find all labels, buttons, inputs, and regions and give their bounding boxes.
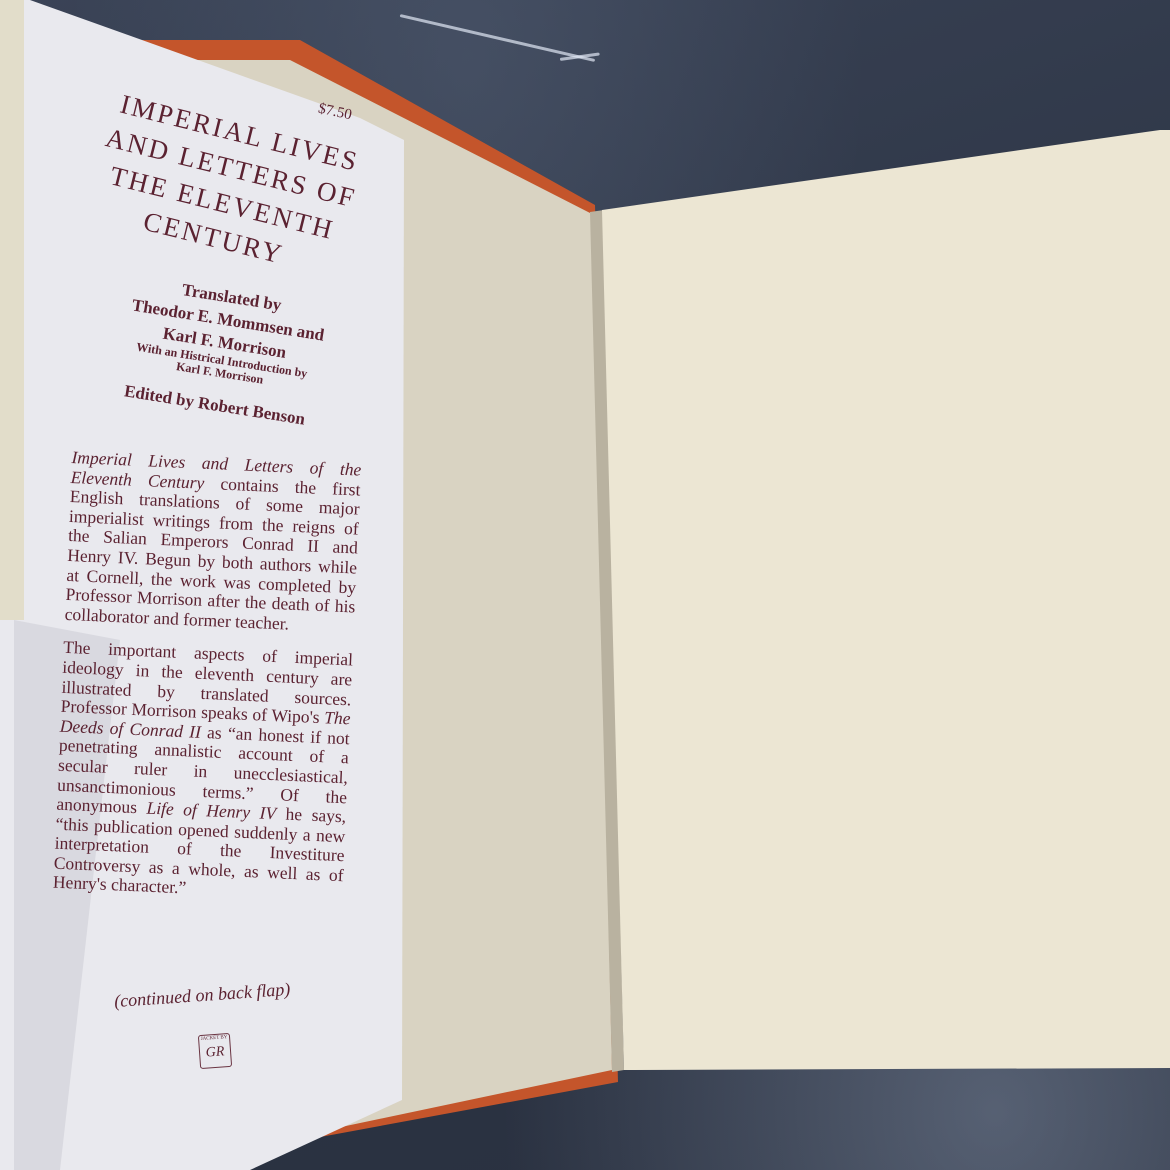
right-page: [602, 130, 1170, 1070]
jacket-fold-edge: [0, 0, 24, 620]
book-shapes: [0, 0, 1170, 1170]
